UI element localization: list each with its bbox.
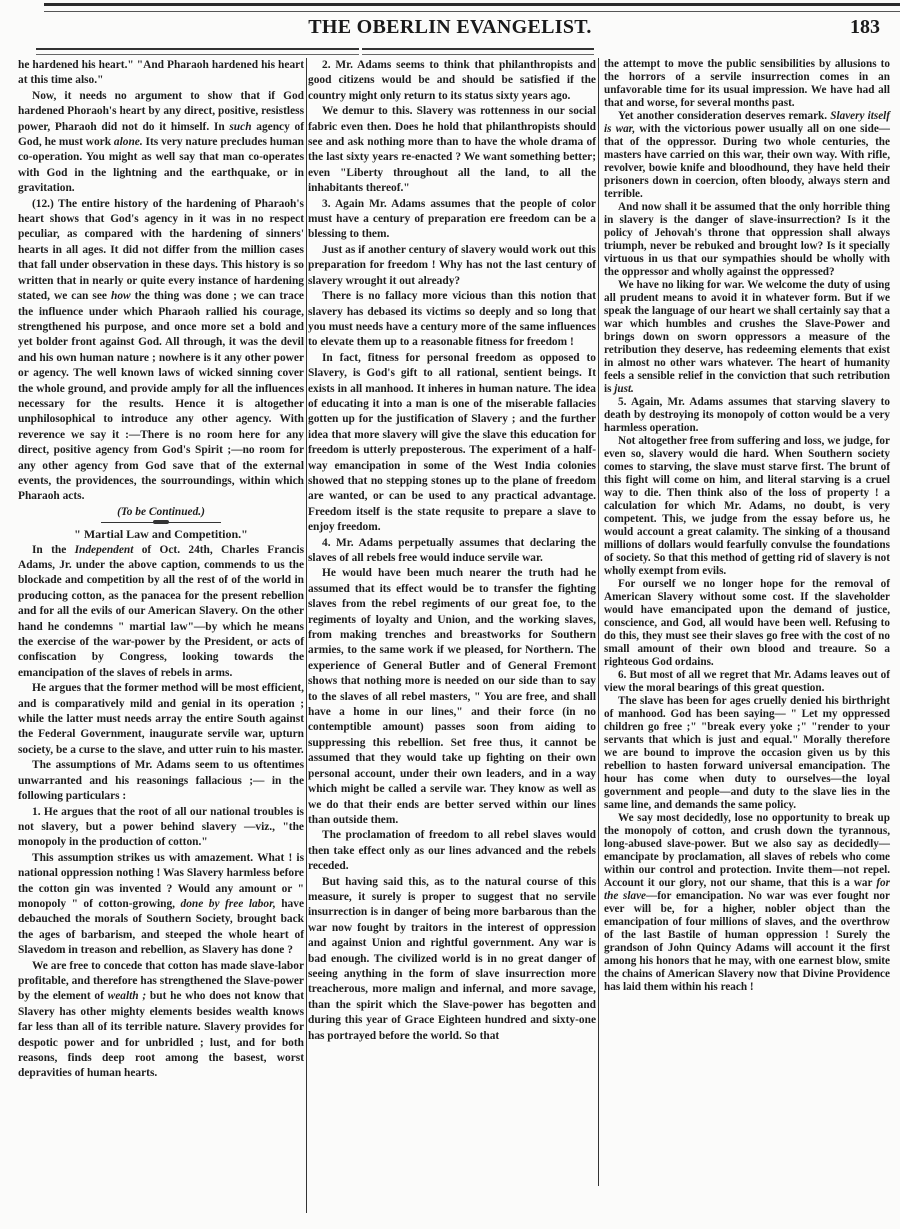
paragraph: 4. Mr. Adams perpetually assumes that de…: [308, 536, 596, 567]
header-rule-left: [36, 48, 359, 55]
paragraph: (12.) The entire history of the hardenin…: [18, 197, 304, 505]
paragraph: There is no fallacy more vicious than th…: [308, 289, 596, 351]
to-be-continued-note: (To be Continued.): [18, 505, 304, 520]
paragraph: the attempt to move the public sensibili…: [604, 58, 890, 110]
article-divider: [101, 522, 221, 523]
paragraph: Not altogether free from suffering and l…: [604, 435, 890, 578]
paragraph: We are free to concede that cotton has m…: [18, 959, 304, 1082]
header-rule-middle: [362, 48, 594, 55]
page-number: 183: [850, 16, 880, 39]
article-heading: " Martial Law and Competition.": [18, 527, 304, 542]
paragraph: he hardened his heart." "And Pharaoh har…: [18, 58, 304, 89]
paragraph: Now, it needs no argument to show that i…: [18, 89, 304, 197]
paragraph: 6. But most of all we regret that Mr. Ad…: [604, 669, 890, 695]
column-separator: [598, 58, 599, 1186]
paragraph: In fact, fitness for personal freedom as…: [308, 351, 596, 536]
top-rule: [44, 3, 900, 12]
paragraph: In the Independent of Oct. 24th, Charles…: [18, 543, 304, 682]
paragraph: The proclamation of freedom to all rebel…: [308, 828, 596, 874]
paragraph: We say most decidedly, lose no opportuni…: [604, 812, 890, 994]
article-columns: he hardened his heart." "And Pharaoh har…: [14, 58, 900, 1218]
column-1: he hardened his heart." "And Pharaoh har…: [18, 58, 304, 1208]
newspaper-title: THE OBERLIN EVANGELIST.: [0, 16, 900, 39]
paragraph: He argues that the former method will be…: [18, 681, 304, 758]
paragraph: The slave has been for ages cruelly deni…: [604, 695, 890, 812]
paragraph: He would have been much nearer the truth…: [308, 566, 596, 828]
paragraph: 1. He argues that the root of all our na…: [18, 805, 304, 851]
paragraph: 3. Again Mr. Adams assumes that the peop…: [308, 197, 596, 243]
paragraph: But having said this, as to the natural …: [308, 875, 596, 1044]
column-3: the attempt to move the public sensibili…: [604, 58, 890, 1208]
newspaper-page: THE OBERLIN EVANGELIST. 183 he hardened …: [0, 0, 900, 1229]
paragraph: The assumptions of Mr. Adams seem to us …: [18, 758, 304, 804]
paragraph: Yet another consideration deserves remar…: [604, 110, 890, 201]
paragraph: This assumption strikes us with amazemen…: [18, 851, 304, 959]
paragraph: 2. Mr. Adams seems to think that philant…: [308, 58, 596, 104]
column-separator: [306, 58, 307, 1213]
paragraph: And now shall it be assumed that the onl…: [604, 201, 890, 279]
masthead: THE OBERLIN EVANGELIST. 183: [0, 14, 900, 40]
paragraph: 5. Again, Mr. Adams assumes that starvin…: [604, 396, 890, 435]
column-2: 2. Mr. Adams seems to think that philant…: [308, 58, 596, 1208]
paragraph: We demur to this. Slavery was rottenness…: [308, 104, 596, 196]
paragraph: For ourself we no longer hope for the re…: [604, 578, 890, 669]
paragraph: Just as if another century of slavery wo…: [308, 243, 596, 289]
paragraph: We have no liking for war. We welcome th…: [604, 279, 890, 396]
